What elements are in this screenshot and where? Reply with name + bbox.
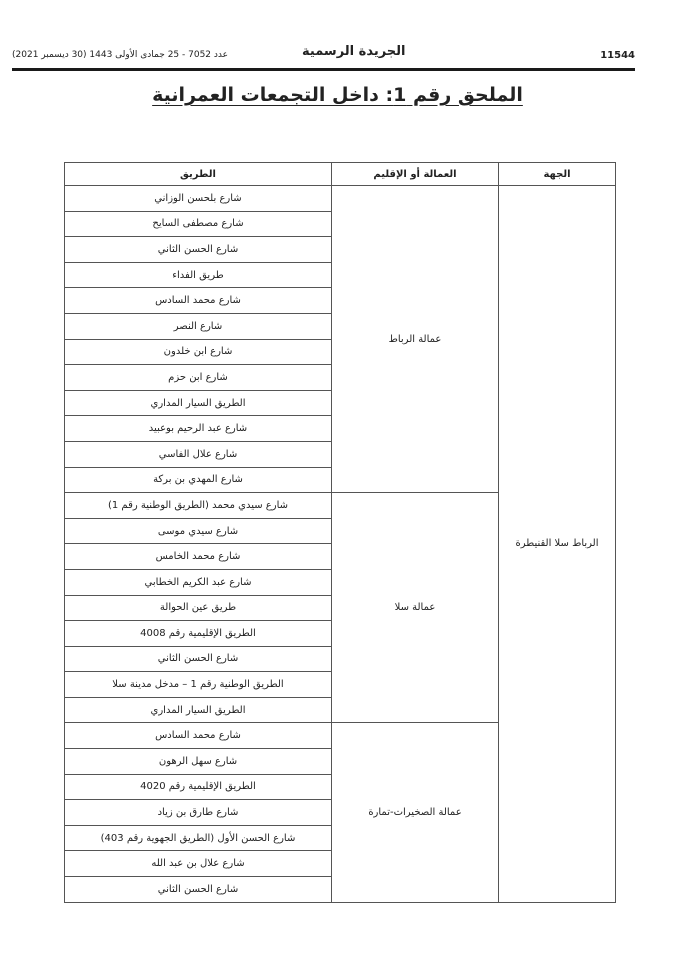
road-cell: شارع النصر <box>65 313 332 339</box>
road-cell: شارع الحسن الثاني <box>65 646 332 672</box>
header-road: الطريق <box>65 163 332 186</box>
region-cell: الرباط سلا القنيطرة <box>499 186 616 903</box>
road-cell: شارع طارق بن زياد <box>65 800 332 826</box>
prefecture-cell: عمالة الصخيرات-تمارة <box>332 723 499 902</box>
road-cell: شارع المهدي بن بركة <box>65 467 332 493</box>
road-cell: شارع محمد السادس <box>65 288 332 314</box>
road-cell: شارع محمد الخامس <box>65 544 332 570</box>
road-cell: شارع الحسن الأول (الطريق الجهوية رقم 403… <box>65 825 332 851</box>
issue-info: عدد 7052 - 25 جمادى الأولى 1443 (30 ديسم… <box>12 50 228 60</box>
road-cell: الطريق السيار المداري <box>65 697 332 723</box>
road-cell: الطريق السيار المداري <box>65 390 332 416</box>
prefecture-cell: عمالة سلا <box>332 493 499 723</box>
road-cell: شارع بلحسن الوزاني <box>65 186 332 212</box>
road-cell: طريق الفداء <box>65 262 332 288</box>
road-cell: شارع الحسن الثاني <box>65 237 332 263</box>
header-rule <box>12 68 635 71</box>
road-cell: شارع مصطفى السايح <box>65 211 332 237</box>
road-cell: الطريق الإقليمية رقم 4020 <box>65 774 332 800</box>
road-cell: شارع سيدي محمد (الطريق الوطنية رقم 1) <box>65 493 332 519</box>
road-cell: شارع علال الفاسي <box>65 441 332 467</box>
header-prefecture: العمالة أو الإقليم <box>332 163 499 186</box>
road-cell: شارع الحسن الثاني <box>65 877 332 903</box>
road-cell: الطريق الوطنية رقم 1 – مدخل مدينة سلا <box>65 672 332 698</box>
road-cell: شارع محمد السادس <box>65 723 332 749</box>
page-number: 11544 <box>600 50 635 61</box>
road-cell: شارع سهل الرهون <box>65 749 332 775</box>
publication-name: الجريدة الرسمية <box>302 44 406 59</box>
road-cell: شارع سيدي موسى <box>65 518 332 544</box>
road-cell: شارع ابن حزم <box>65 365 332 391</box>
road-cell: شارع عبد الكريم الخطابي <box>65 569 332 595</box>
road-cell: شارع علال بن عبد الله <box>65 851 332 877</box>
road-cell: شارع ابن خلدون <box>65 339 332 365</box>
page-title: الملحق رقم 1: داخل التجمعات العمرانية <box>0 84 675 106</box>
road-cell: طريق عين الحوالة <box>65 595 332 621</box>
annex-table: الجهة العمالة أو الإقليم الطريق الرباط س… <box>64 162 616 903</box>
prefecture-cell: عمالة الرباط <box>332 186 499 493</box>
road-cell: شارع عبد الرحيم بوعبيد <box>65 416 332 442</box>
header-region: الجهة <box>499 163 616 186</box>
road-cell: الطريق الإقليمية رقم 4008 <box>65 621 332 647</box>
table-row: الرباط سلا القنيطرة عمالة الرباط شارع بل… <box>65 186 616 212</box>
page-header: عدد 7052 - 25 جمادى الأولى 1443 (30 ديسم… <box>12 44 635 66</box>
table-header-row: الجهة العمالة أو الإقليم الطريق <box>65 163 616 186</box>
